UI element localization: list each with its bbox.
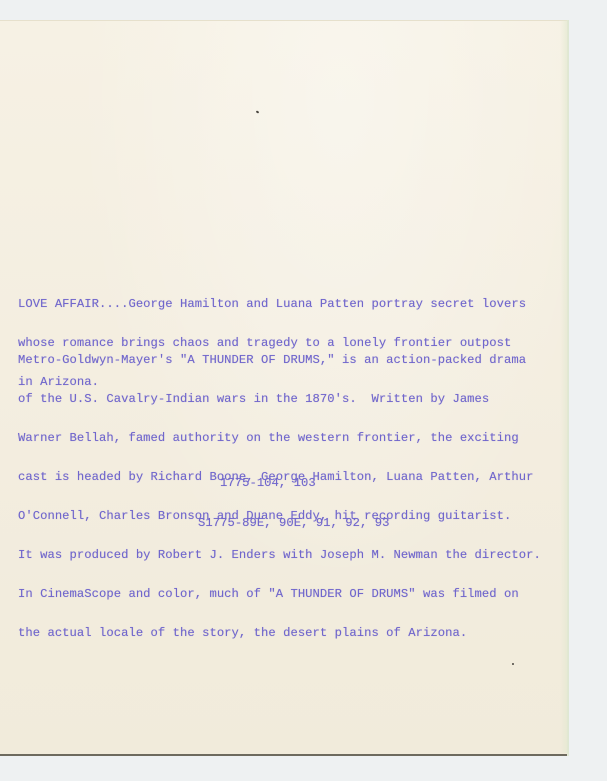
paper-right-edge [560, 20, 568, 753]
caption-line: LOVE AFFAIR....George Hamilton and Luana… [18, 298, 526, 311]
still-codes: 1775-104, 103 S1775-89E, 90E, 91, 92, 93 [198, 451, 389, 544]
body-line: the actual locale of the story, the dese… [18, 627, 541, 640]
body-line: Warner Bellah, famed authority on the we… [18, 432, 541, 445]
body-line: Metro-Goldwyn-Mayer's "A THUNDER OF DRUM… [18, 354, 541, 367]
still-code-line: S1775-89E, 90E, 91, 92, 93 [198, 517, 389, 531]
body-line: of the U.S. Cavalry-Indian wars in the 1… [18, 393, 541, 406]
body-line: It was produced by Robert J. Enders with… [18, 549, 541, 562]
still-code-line: 1775-104, 103 [198, 477, 389, 491]
body-line: In CinemaScope and color, much of "A THU… [18, 588, 541, 601]
